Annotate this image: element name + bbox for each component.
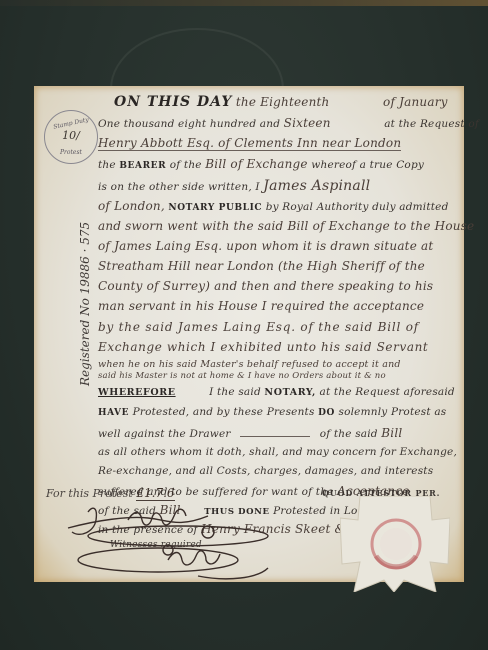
duty-stamp: Stamp Duty 10/ Protest: [44, 110, 98, 164]
doc-line: said his Master is not at home & I have …: [98, 371, 386, 381]
frame-edge: [0, 0, 488, 6]
doc-line: Exchange which I exhibited unto his said…: [98, 340, 428, 354]
doc-line: by the said James Laing Esq. of the said…: [98, 320, 419, 334]
stamp-line-3: Protest: [45, 149, 97, 156]
stamp-amount: 10/: [45, 129, 97, 142]
doc-line: Re-exchange, and all Costs, charges, dam…: [98, 465, 433, 477]
wax-seal: [340, 496, 450, 592]
doc-line: as all others whom it doth, shall, and m…: [98, 446, 457, 458]
doc-line: County of Surrey) and then and there spe…: [98, 279, 433, 293]
doc-line: man servant in his House I required the …: [98, 299, 424, 313]
doc-line: when he on his said Master's behalf refu…: [98, 359, 401, 370]
doc-line: of London, NOTARY PUBLIC by Royal Author…: [98, 199, 449, 213]
doc-line: of James Laing Esq. upon whom it is draw…: [98, 239, 433, 253]
doc-line: WHEREFORE I the said NOTARY, at the Requ…: [98, 386, 455, 398]
doc-line: and sworn went with the said Bill of Exc…: [98, 219, 474, 233]
doc-line: Henry Abbott Esq. of Clements Inn near L…: [98, 136, 401, 151]
doc-line: is on the other side written, I James As…: [98, 178, 370, 194]
doc-line: One thousand eight hundred and Sixteen a…: [98, 116, 479, 130]
doc-line: ON THIS DAY the Eighteenth of January: [114, 94, 448, 110]
doc-line: well against the Drawer of the said Bill: [98, 426, 402, 440]
doc-line: Streatham Hill near London (the High She…: [98, 259, 425, 273]
doc-line: the BEARER of the Bill of Exchange where…: [98, 157, 424, 171]
doc-line: HAVE Protested, and by these Presents DO…: [98, 406, 446, 418]
heading-on-this-day: ON THIS DAY: [114, 94, 232, 110]
registration-note: Registered No 19886 · 575: [78, 222, 92, 386]
notary-signature: [58, 498, 288, 588]
